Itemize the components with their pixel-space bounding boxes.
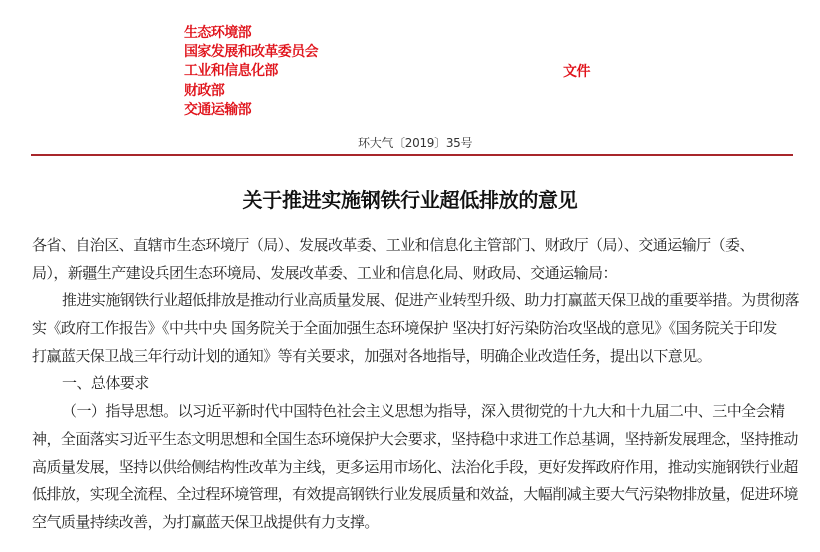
issuing-agency: 财政部 (184, 82, 318, 101)
document-type-label: 文件 (563, 63, 590, 82)
issuing-agency: 国家发展和改革委员会 (184, 43, 318, 62)
paragraph-line: 推进实施钢铁行业超低排放是推动行业高质量发展、促进产业转型升级、助力打赢蓝天保卫… (32, 287, 802, 315)
paragraph-line: 空气质量持续改善，为打赢蓝天保卫战提供有力支撑。 (32, 509, 802, 537)
section-heading: 一、总体要求 (32, 370, 802, 398)
paragraph-line: 高质量发展，坚持以供给侧结构性改革为主线，更多运用市场化、法治化手段，更好发挥政… (32, 454, 802, 482)
red-header-divider (31, 154, 793, 156)
issuing-agency: 工业和信息化部 (184, 62, 318, 81)
paragraph-line: 神，全面落实习近平生态文明思想和全国生态环境保护大会要求，坚持稳中求进工作总基调… (32, 426, 802, 454)
document-title: 关于推进实施钢铁行业超低排放的意见 (0, 186, 820, 214)
document-number: 环大气〔2019〕35号 (358, 135, 472, 151)
issuing-agency: 交通运输部 (184, 101, 318, 120)
issuing-agency: 生态环境部 (184, 24, 318, 43)
paragraph-line: 实《政府工作报告》《中共中央 国务院关于全面加强生态环境保护 坚决打好污染防治攻… (32, 315, 802, 343)
addressee-line: 局），新疆生产建设兵团生态环境局、发展改革委、工业和信息化局、财政局、交通运输局… (32, 260, 802, 288)
paragraph-line: 低排放，实现全流程、全过程环境管理，有效提高钢铁行业发展质量和效益，大幅削减主要… (32, 481, 802, 509)
issuing-agencies-list: 生态环境部 国家发展和改革委员会 工业和信息化部 财政部 交通运输部 (184, 24, 318, 120)
paragraph-line: 打赢蓝天保卫战三年行动计划的通知》等有关要求，加强对各地指导，明确企业改造任务，… (32, 343, 802, 371)
addressee-line: 各省、自治区、直辖市生态环境厅（局）、发展改革委、工业和信息化主管部门、财政厅（… (32, 232, 802, 260)
document-body: 各省、自治区、直辖市生态环境厅（局）、发展改革委、工业和信息化主管部门、财政厅（… (32, 232, 802, 537)
paragraph-line: （一）指导思想。以习近平新时代中国特色社会主义思想为指导，深入贯彻党的十九大和十… (32, 398, 802, 426)
